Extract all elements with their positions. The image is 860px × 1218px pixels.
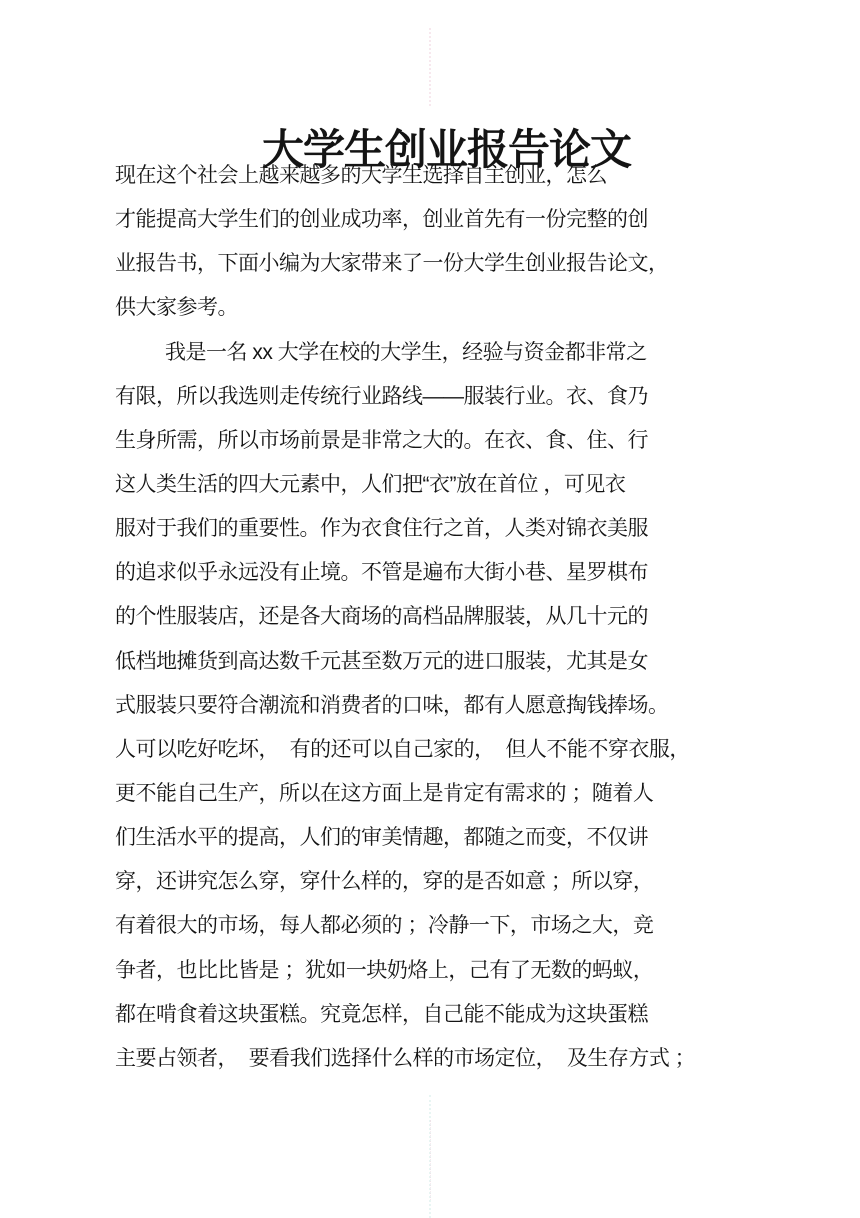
scan-artifact-line: [429, 28, 431, 106]
document-body: 现在这个社会上越来越多的大学生选择自主创业，怎么才能提高大学生们的创业成功率，创…: [115, 154, 655, 1081]
text-line: 业报告书，下面小编为大家带来了一份大学生创业报告论文，: [115, 242, 655, 286]
text-line: 供大家参考。: [115, 286, 655, 330]
text-line: 的追求似乎永远没有止境。不管是遍布大街小巷、星罗棋布: [115, 551, 655, 595]
text-line: 争者，也比比皆是 ；犹如一块奶烙上，己有了无数的蚂蚁，: [115, 949, 655, 993]
text-line: 才能提高大学生们的创业成功率，创业首先有一份完整的创: [115, 198, 655, 242]
text-line: 主要占领者， 要看我们选择什么样的市场定位， 及生存方式 ；: [115, 1037, 655, 1081]
document-page: 大学生创业报告论文 现在这个社会上越来越多的大学生选择自主创业，怎么才能提高大学…: [0, 0, 860, 1218]
text-line: 现在这个社会上越来越多的大学生选择自主创业，怎么: [115, 154, 655, 198]
text-line: 低档地摊货到高达数千元甚至数万元的进口服装，尤其是女: [115, 640, 655, 684]
text-line: 我是一名 xx 大学在校的大学生，经验与资金都非常之: [115, 331, 655, 375]
text-line: 这人类生活的四大元素中，人们把“衣”放在首位 ，可见衣: [115, 463, 655, 507]
text-line: 的个性服装店，还是各大商场的高档品牌服装，从几十元的: [115, 595, 655, 639]
text-line: 穿，还讲究怎么穿，穿什么样的，穿的是否如意 ；所以穿，: [115, 860, 655, 904]
text-line: 式服装只要符合潮流和消费者的口味，都有人愿意掏钱捧场。: [115, 684, 655, 728]
text-line: 服对于我们的重要性。作为衣食住行之首，人类对锦衣美服: [115, 507, 655, 551]
text-line: 更不能自己生产，所以在这方面上是肯定有需求的 ；随着人: [115, 772, 655, 816]
text-line: 人可以吃好吃坏， 有的还可以自己家的， 但人不能不穿衣服，: [115, 728, 655, 772]
text-line: 有限，所以我选则走传统行业路线——服装行业。衣、食乃: [115, 375, 655, 419]
text-line: 都在啃食着这块蛋糕。究竟怎样，自己能不能成为这块蛋糕: [115, 993, 655, 1037]
text-line: 有着很大的市场，每人都必须的 ；冷静一下，市场之大，竞: [115, 904, 655, 948]
text-line: 生身所需，所以市场前景是非常之大的。在衣、食、住、行: [115, 419, 655, 463]
text-line: 们生活水平的提高，人们的审美情趣，都随之而变，不仅讲: [115, 816, 655, 860]
scan-artifact-line: [430, 1120, 431, 1200]
